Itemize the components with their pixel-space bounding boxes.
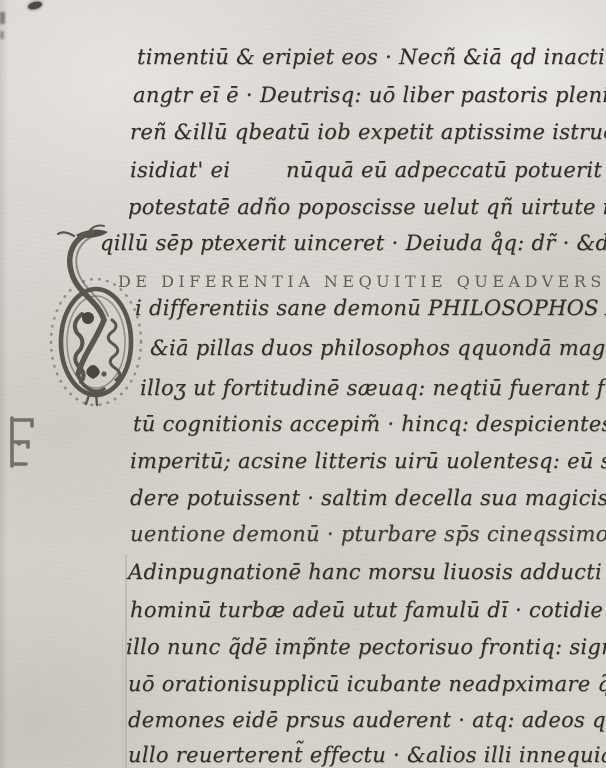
manuscript-line: potestatē adño poposcisse uelut qñ uirtu… — [128, 189, 606, 226]
manuscript-line: timentiū & eripiet eos · Necñ &iā qd ina… — [137, 39, 606, 76]
manuscript-line: uō orationisupplicū icubante neadpximare… — [128, 666, 606, 703]
ruling-line — [122, 632, 123, 768]
manuscript-line: i differentiis sane demonū PHILOSOPHOS A… — [135, 290, 606, 327]
manuscript-line: hominū turbæ adeū utut famulū dī · cotid… — [130, 592, 606, 629]
manuscript-page-photo: S — [0, 0, 606, 768]
edge-ink-mark — [0, 12, 5, 24]
manuscript-line: qillū sēp ptexerit uinceret · Deiuda q̊q… — [100, 225, 606, 262]
page-edge-shadow — [0, 0, 8, 768]
manuscript-line: dere potuissent · saltim decella sua mag… — [130, 480, 606, 517]
manuscript-line: reñ &illū qbeatū iob expetit aptissime i… — [130, 114, 606, 151]
manuscript-line: tū cognitionis accepim̃ · hincq: despici… — [133, 406, 606, 443]
manuscript-line: isidiat' ei nūquā eū adpeccatū potuerit … — [130, 152, 606, 189]
manuscript-line: Adinpugnationē hanc morsu liuosis adduct… — [128, 554, 606, 591]
manuscript-line: illoʒ ut fortitudinē sæuaq: neqtiū fuera… — [140, 370, 606, 407]
corner-ink-smudge — [27, 0, 42, 10]
manuscript-line: demones eidē prsus auderent · atq: adeos… — [128, 702, 606, 739]
manuscript-line: angtr eī ē · Deutrisq: uō liber pastoris… — [133, 77, 606, 114]
manuscript-line: imperitū; acsine litteris uirū uolentesq… — [130, 443, 606, 480]
edge-ink-mark — [0, 31, 4, 39]
manuscript-line: illo nunc q̃dē imp̃nte pectorisuo fronti… — [126, 629, 606, 666]
manuscript-line: ullo reuerterent̃ effectu · &alios illi … — [128, 737, 606, 768]
margin-nota-mark — [4, 414, 38, 476]
manuscript-line: &iā pillas duos philosophos qquondā magi… — [150, 330, 606, 367]
stepped-cross-mark-drawing — [4, 414, 38, 476]
manuscript-line: uentione demonū · pturbare sp̄s cineqssi… — [130, 516, 606, 553]
